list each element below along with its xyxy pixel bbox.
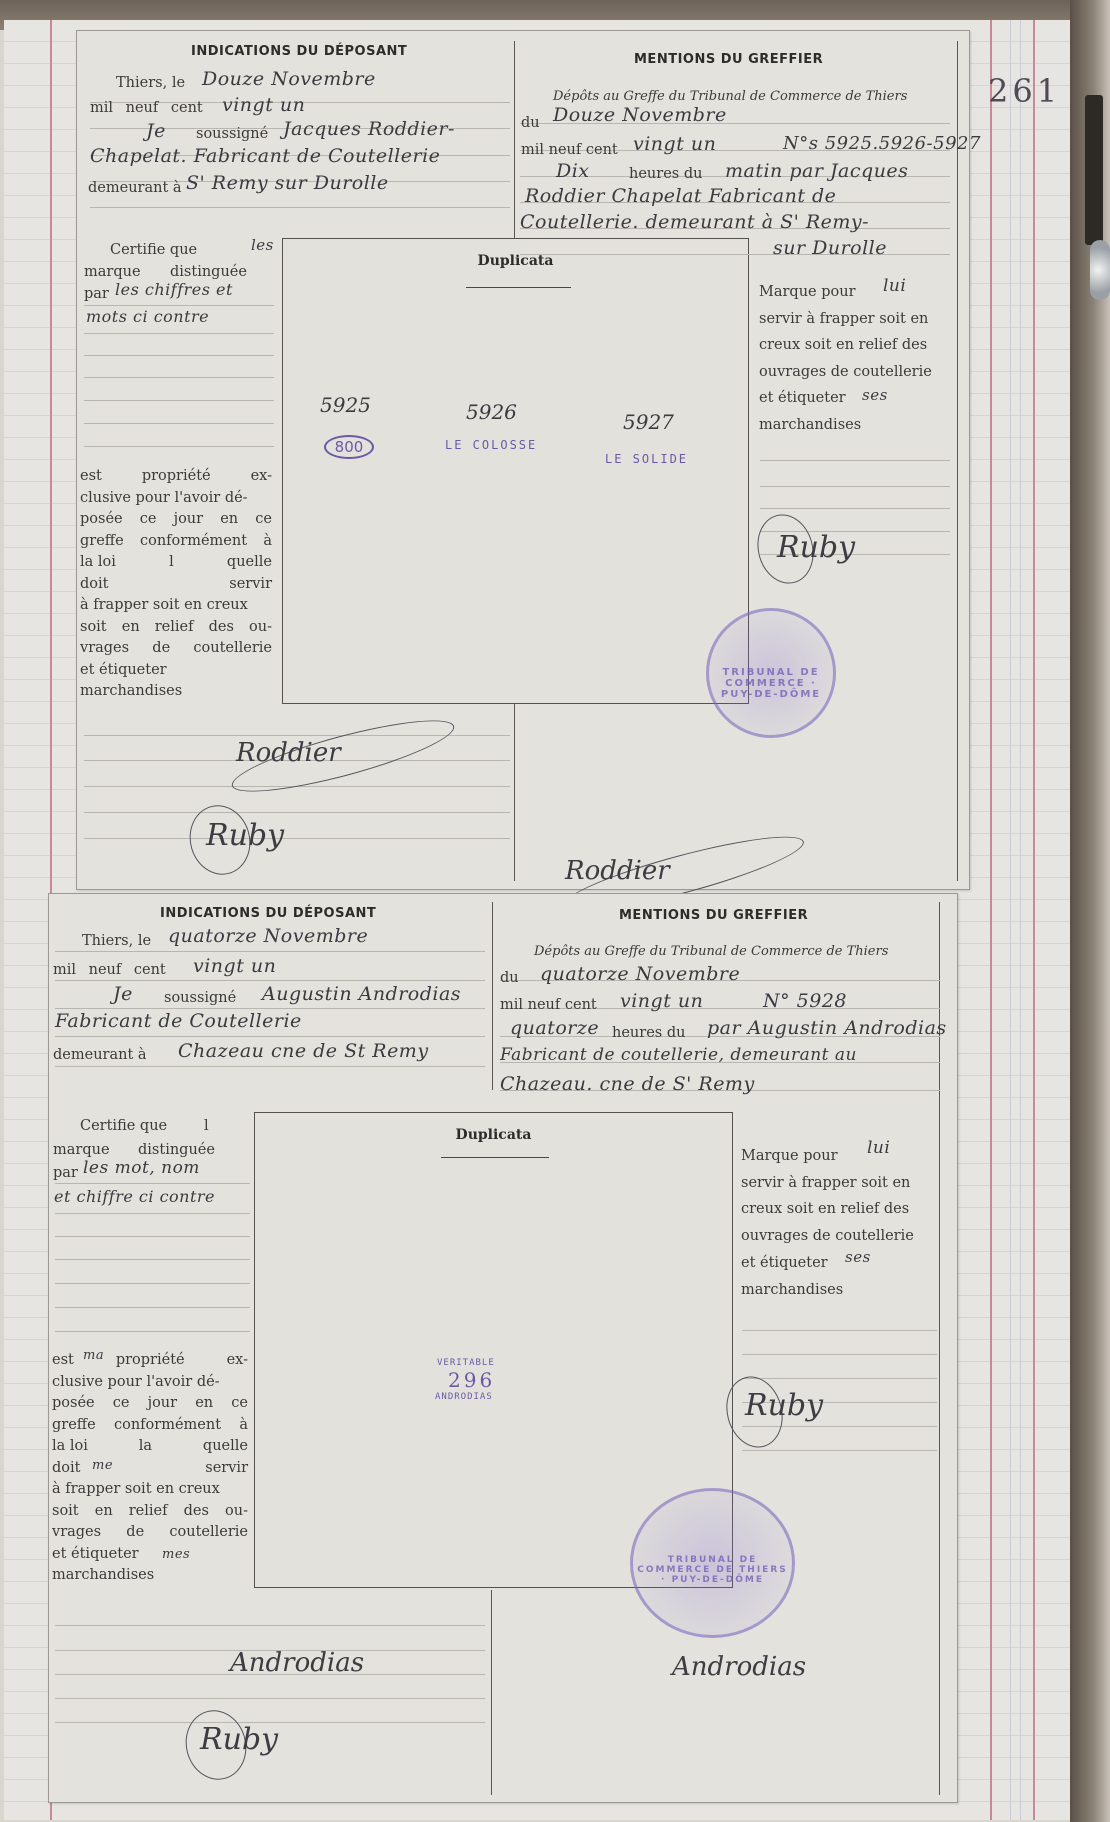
line3-handwritten: Coutellerie. demeurant à S' Remy- [520, 211, 869, 233]
place-label: Thiers, le [116, 75, 185, 91]
margin-rule [1033, 20, 1035, 1820]
form-rule [742, 1450, 937, 1451]
margin-rule [990, 20, 992, 1820]
greffier-signature: Ruby [206, 818, 284, 853]
body-line: et étiqueter [80, 660, 272, 682]
greffier-body-line: servir à frapper soit en [741, 1175, 910, 1191]
demeurant-label: demeurant à [88, 180, 182, 196]
form-rule [55, 1259, 250, 1260]
etiqueter-label: et étiqueter [759, 390, 846, 406]
marque-pour-label: Marque pour [759, 284, 856, 300]
title-underline [466, 287, 571, 288]
column-divider [492, 902, 493, 1090]
body-line: la loilaquelle [52, 1436, 248, 1458]
year-handwritten: vingt un [620, 990, 703, 1012]
form-rule [55, 1008, 485, 1009]
etiqueter-handwritten: mes [162, 1547, 190, 1562]
deposant-countersignature: Roddier [565, 856, 670, 886]
body-line: soitenreliefdesou- [80, 617, 272, 639]
year-handwritten: vingt un [193, 955, 276, 977]
address-handwritten: Chazeau cne de St Remy [178, 1040, 429, 1062]
soussigne-label: soussigné [164, 990, 236, 1006]
pronoun-handwritten: Je [113, 983, 133, 1005]
page-number: 261 [988, 72, 1061, 110]
trademark-800: 800 [324, 435, 374, 459]
name-cont-handwritten: Fabricant de Coutellerie [55, 1010, 302, 1032]
form-rule [90, 207, 510, 208]
body-line: à frapper soit en creux [80, 595, 272, 617]
year-label: mil neuf cent [521, 142, 618, 158]
deposant-signature: Androdias [230, 1648, 364, 1678]
date-handwritten: quatorze Novembre [168, 925, 368, 947]
form-rule [760, 460, 950, 461]
form-rule [55, 1625, 485, 1626]
greffier-signature: Ruby [777, 530, 855, 565]
line2-handwritten: Roddier Chapelat Fabricant de [525, 185, 836, 207]
deposant-body-text: estpropriétéex-clusive pour l'avoir dé-p… [80, 466, 272, 703]
form-rule [55, 1698, 485, 1699]
duplicata-title: Duplicata [255, 1127, 732, 1143]
form-rule [84, 812, 510, 813]
deposant-body-text: estpropriétéex-clusive pour l'avoir dé-p… [52, 1350, 248, 1587]
certifie-handwritten: les [251, 236, 274, 254]
est-handwritten: ma [83, 1348, 104, 1363]
line3-handwritten: Chazeau. cne de S' Remy [500, 1073, 755, 1095]
marque-pour-handwritten: lui [883, 276, 906, 296]
distinguee-label: distinguée [170, 264, 247, 280]
etiqueter-label: et étiqueter [741, 1255, 828, 1271]
heures-label: heures du [629, 166, 702, 182]
tribunal-seal: TRIBUNAL DE COMMERCE · PUY-DE-DÔME [706, 608, 836, 738]
trademark-le-solide: LE SOLIDE [605, 452, 688, 466]
line4-handwritten: sur Durolle [773, 237, 887, 259]
body-line: greffeconformémentà [52, 1415, 248, 1437]
body-line: vragesdecoutellerie [52, 1522, 248, 1544]
certifie-handwritten: l [204, 1118, 209, 1134]
form-rule [55, 1036, 485, 1037]
heures-label: heures du [612, 1025, 685, 1041]
place-label: Thiers, le [82, 933, 151, 949]
marque-label: marque [53, 1142, 110, 1158]
form-rule [760, 508, 950, 509]
body-line: clusive pour l'avoir dé- [80, 488, 272, 510]
body-line: doitservir [52, 1458, 248, 1480]
deposant-heading: INDICATIONS DU DÉPOSANT [191, 44, 407, 59]
depots-label: Dépôts au Greffe du Tribunal de Commerce… [534, 944, 888, 959]
tribunal-seal: TRIBUNAL DE COMMERCE DE THIERS · PUY-DE-… [630, 1488, 795, 1638]
year-label: mil neuf cent [53, 962, 166, 978]
distinguee-label: distinguée [138, 1142, 215, 1158]
form-rule [84, 400, 274, 401]
deposant-countersignature: Androdias [672, 1652, 806, 1682]
date-handwritten: quatorze Novembre [540, 963, 740, 985]
duplicata-box-1: Duplicata [282, 238, 749, 704]
du-label: du [521, 115, 540, 131]
demeurant-label: demeurant à [53, 1047, 147, 1063]
form-rule [84, 305, 274, 306]
marchandises-label: marchandises [759, 417, 861, 433]
etiqueter-handwritten: ses [862, 386, 888, 404]
body-line: et étiqueter [52, 1544, 248, 1566]
body-line: doitservir [80, 574, 272, 596]
column-rule [1020, 20, 1021, 1820]
title-underline [441, 1157, 549, 1158]
form-rule [84, 355, 274, 356]
hour-handwritten: Dix [556, 160, 590, 182]
par-cont-handwritten: mots ci contre [86, 307, 209, 326]
trademark-top-text: VERITABLE [437, 1358, 495, 1368]
greffier-body-line: ouvrages de coutellerie [759, 364, 932, 380]
body-line: poséecejourence [52, 1393, 248, 1415]
hour-handwritten: quatorze [510, 1017, 599, 1039]
body-line: poséecejourence [80, 509, 272, 531]
greffier-signature: Ruby [200, 1722, 278, 1757]
line2-handwritten: Fabricant de coutellerie, demeurant au [500, 1045, 857, 1065]
trademark-bottom-text: ANDRODIAS [435, 1392, 493, 1402]
body-line: marchandises [52, 1565, 248, 1587]
par-cont-handwritten: et chiffre ci contre [54, 1187, 215, 1206]
greffier-heading: MENTIONS DU GREFFIER [619, 908, 808, 923]
form-rule [84, 377, 274, 378]
pronoun-handwritten: Je [146, 120, 166, 142]
form-rule [55, 1236, 250, 1237]
greffier-body-line: ouvrages de coutellerie [741, 1228, 914, 1244]
soussigne-label: soussigné [196, 126, 268, 142]
form-rule [84, 333, 274, 334]
marque-label: marque [84, 264, 141, 280]
marque-pour-label: Marque pour [741, 1148, 838, 1164]
body-line: clusive pour l'avoir dé- [52, 1372, 248, 1394]
form-rule [84, 423, 274, 424]
form-rule [55, 951, 485, 952]
du-label: du [500, 970, 519, 986]
column-divider [957, 41, 958, 881]
greffier-heading: MENTIONS DU GREFFIER [634, 52, 823, 67]
mark-number: 5926 [466, 400, 517, 424]
duplicata-title: Duplicata [283, 253, 748, 269]
mark-number: 5925 [320, 393, 371, 417]
binding-tab [1085, 95, 1103, 245]
year-label: mil neuf cent [90, 100, 203, 116]
greffier-body-line: creux soit en relief des [741, 1201, 909, 1217]
deposit-numbers: N° 5928 [763, 990, 847, 1012]
trademark-le-colosse: LE COLOSSE [445, 438, 537, 452]
mark-number: 5927 [623, 410, 674, 434]
body-line: la loilquelle [80, 552, 272, 574]
column-divider [491, 1590, 492, 1795]
depots-label: Dépôts au Greffe du Tribunal de Commerce… [553, 89, 907, 104]
form-rule [55, 980, 485, 981]
form-rule [55, 1307, 250, 1308]
body-line: soitenreliefdesou- [52, 1501, 248, 1523]
body-line: estpropriétéex- [80, 466, 272, 488]
address-handwritten: S' Remy sur Durolle [186, 172, 389, 194]
deposant-heading: INDICATIONS DU DÉPOSANT [160, 906, 376, 921]
deposant-signature: Roddier [236, 738, 341, 768]
deposit-numbers: N°s 5925.5926-5927 [783, 133, 981, 154]
date-handwritten: Douze Novembre [202, 68, 376, 90]
hours-cont-handwritten: par Augustin Androdias [707, 1017, 947, 1039]
trademark-296: 296 [448, 1368, 495, 1392]
par-label: par [53, 1165, 78, 1181]
etiqueter-handwritten: ses [845, 1248, 871, 1266]
body-line: estpropriétéex- [52, 1350, 248, 1372]
par-handwritten: les chiffres et [115, 280, 233, 299]
form-rule [55, 1331, 250, 1332]
form-rule [55, 1183, 250, 1184]
greffier-signature: Ruby [745, 1388, 823, 1423]
form-rule [55, 1283, 250, 1284]
binder-ring [1090, 240, 1110, 300]
certifie-label: Certifie que [80, 1118, 167, 1134]
body-line: vragesdecoutellerie [80, 638, 272, 660]
year-handwritten: vingt un [222, 94, 305, 116]
form-rule [742, 1378, 937, 1379]
form-rule [84, 446, 274, 447]
body-line: à frapper soit en creux [52, 1479, 248, 1501]
greffier-body-line: creux soit en relief des [759, 337, 927, 353]
par-label: par [84, 286, 109, 302]
form-rule [55, 1213, 250, 1214]
par-handwritten: les mot, nom [83, 1158, 200, 1178]
year-label: mil neuf cent [500, 997, 597, 1013]
form-rule [742, 1330, 937, 1331]
body-line: greffeconformémentà [80, 531, 272, 553]
date-handwritten: Douze Novembre [553, 104, 727, 126]
form-rule [55, 1066, 485, 1067]
name-handwritten: Jacques Roddier- [283, 118, 455, 140]
form-rule [742, 1354, 937, 1355]
column-rule [1010, 20, 1011, 1820]
marque-pour-handwritten: lui [867, 1138, 890, 1158]
name-handwritten: Augustin Androdias [262, 983, 461, 1005]
body-line: marchandises [80, 681, 272, 703]
certifie-label: Certifie que [110, 242, 197, 258]
name-cont-handwritten: Chapelat. Fabricant de Coutellerie [90, 145, 440, 167]
year-handwritten: vingt un [633, 133, 716, 155]
doit-handwritten: me [92, 1458, 113, 1473]
marchandises-label: marchandises [741, 1282, 843, 1298]
greffier-body-line: servir à frapper soit en [759, 311, 928, 327]
form-rule [760, 486, 950, 487]
hours-cont-handwritten: matin par Jacques [725, 160, 908, 182]
form-rule [84, 838, 510, 839]
